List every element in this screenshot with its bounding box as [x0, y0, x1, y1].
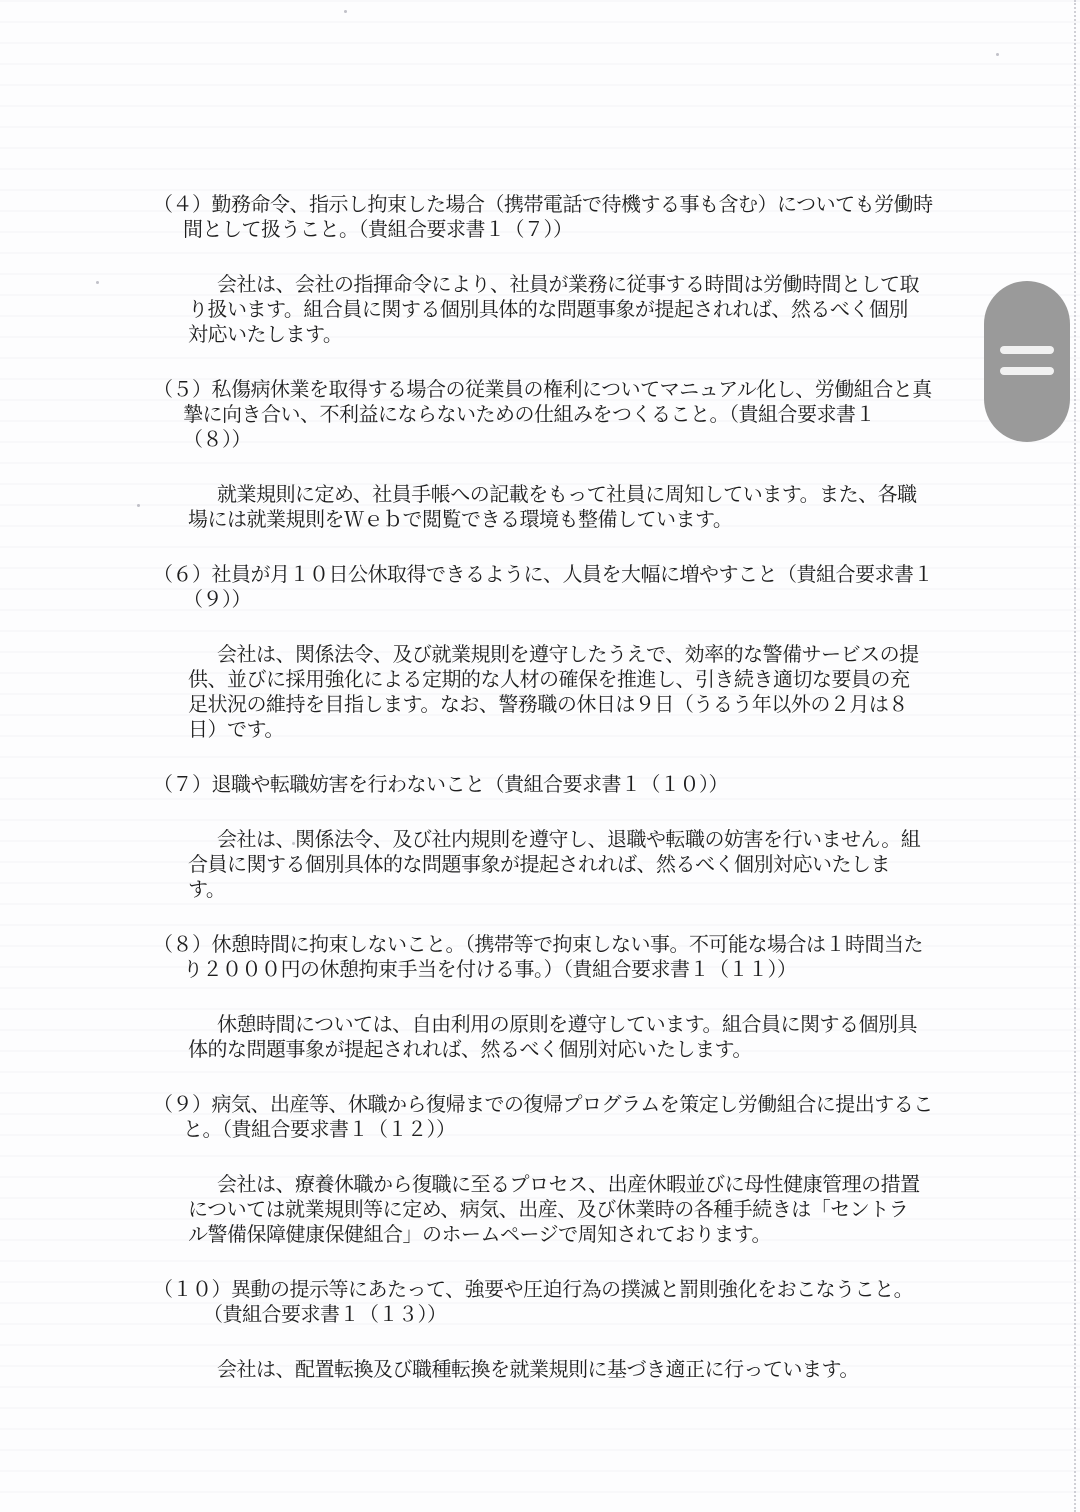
scan-speck [96, 281, 99, 284]
demand-body: 社員が月１０日公休取得できるように、人員を大幅に増やすこと（貴組合要求書１ （９… [183, 564, 933, 611]
scan-speck [137, 504, 140, 507]
demand-response-list: （４）勤務命令、指示し拘束した場合（携帯電話で待機する事も含む）についても労働時… [153, 193, 975, 1413]
scroll-handle[interactable] [984, 281, 1070, 442]
scan-speck [344, 10, 347, 13]
demand-item: （６）社員が月１０日公休取得できるように、人員を大幅に増やすこと（貴組合要求書１… [153, 563, 975, 743]
demand-body: 退職や転職妨害を行わないこと（貴組合要求書１（１０）） [212, 774, 729, 796]
company-response: 就業規則に定め、社員手帳への記載をもって社員に周知しています。また、各職 場には… [153, 483, 975, 533]
demand-item: （８）休憩時間に拘束しないこと。（携帯等で拘束しない事。不可能な場合は１時間当た… [153, 933, 975, 1063]
company-response: 休憩時間については、自由利用の原則を遵守しています。組合員に関する個別具 体的な… [153, 1013, 975, 1063]
demand-item: （７）退職や転職妨害を行わないこと（貴組合要求書１（１０）） 会社は、関係法令、… [153, 773, 975, 903]
demand-item: （９）病気、出産等、休職から復帰までの復帰プログラムを策定し労働組合に提出するこ… [153, 1093, 975, 1248]
demand-text: （８）休憩時間に拘束しないこと。（携帯等で拘束しない事。不可能な場合は１時間当た… [153, 933, 975, 983]
company-response: 会社は、配置転換及び職種転換を就業規則に基づき適正に行っています。 [153, 1358, 975, 1383]
demand-item: （５）私傷病休業を取得する場合の従業員の権利についてマニュアル化し、労働組合と真… [153, 378, 975, 533]
grip-line [1000, 367, 1054, 375]
item-number: （７） [153, 774, 212, 796]
demand-text: （５）私傷病休業を取得する場合の従業員の権利についてマニュアル化し、労働組合と真… [153, 378, 975, 453]
item-number: （１０） [153, 1279, 231, 1301]
demand-text: （４）勤務命令、指示し拘束した場合（携帯電話で待機する事も含む）についても労働時… [153, 193, 975, 243]
demand-item: （１０）異動の提示等にあたって、強要や圧迫行為の撲滅と罰則強化をおこなうこと。 … [153, 1278, 975, 1383]
page-edge-dotted-line [1074, 0, 1076, 1512]
item-number: （８） [153, 934, 212, 956]
scan-speck [292, 842, 295, 845]
company-response: 会社は、会社の指揮命令により、社員が業務に従事する時間は労働時間として取 り扱い… [153, 273, 975, 348]
grip-lines-icon [1000, 346, 1054, 375]
company-response: 会社は、療養休職から復職に至るプロセス、出産休暇並びに母性健康管理の措置 につい… [153, 1173, 975, 1248]
company-response: 会社は、関係法令、及び社内規則を遵守し、退職や転職の妨害を行いません。組 合員に… [153, 828, 975, 903]
demand-text: （７）退職や転職妨害を行わないこと（貴組合要求書１（１０）） [153, 773, 975, 798]
demand-body: 異動の提示等にあたって、強要や圧迫行為の撲滅と罰則強化をおこなうこと。 （貴組合… [203, 1279, 913, 1326]
item-number: （４） [153, 194, 212, 216]
item-number: （５） [153, 379, 212, 401]
demand-item: （４）勤務命令、指示し拘束した場合（携帯電話で待機する事も含む）についても労働時… [153, 193, 975, 348]
demand-body: 休憩時間に拘束しないこと。（携帯等で拘束しない事。不可能な場合は１時間当た り２… [183, 934, 923, 981]
demand-text: （９）病気、出産等、休職から復帰までの復帰プログラムを策定し労働組合に提出するこ… [153, 1093, 975, 1143]
demand-text: （１０）異動の提示等にあたって、強要や圧迫行為の撲滅と罰則強化をおこなうこと。 … [153, 1278, 975, 1328]
grip-line [1000, 346, 1054, 354]
item-number: （９） [153, 1094, 212, 1116]
company-response: 会社は、関係法令、及び就業規則を遵守したうえで、効率的な警備サービスの提 供、並… [153, 643, 975, 743]
scan-speck [996, 53, 999, 56]
demand-body: 私傷病休業を取得する場合の従業員の権利についてマニュアル化し、労働組合と真 摯に… [183, 379, 932, 451]
demand-text: （６）社員が月１０日公休取得できるように、人員を大幅に増やすこと（貴組合要求書１… [153, 563, 975, 613]
demand-body: 勤務命令、指示し拘束した場合（携帯電話で待機する事も含む）についても労働時 間と… [183, 194, 933, 241]
demand-body: 病気、出産等、休職から復帰までの復帰プログラムを策定し労働組合に提出するこ と。… [183, 1094, 933, 1141]
item-number: （６） [153, 564, 212, 586]
